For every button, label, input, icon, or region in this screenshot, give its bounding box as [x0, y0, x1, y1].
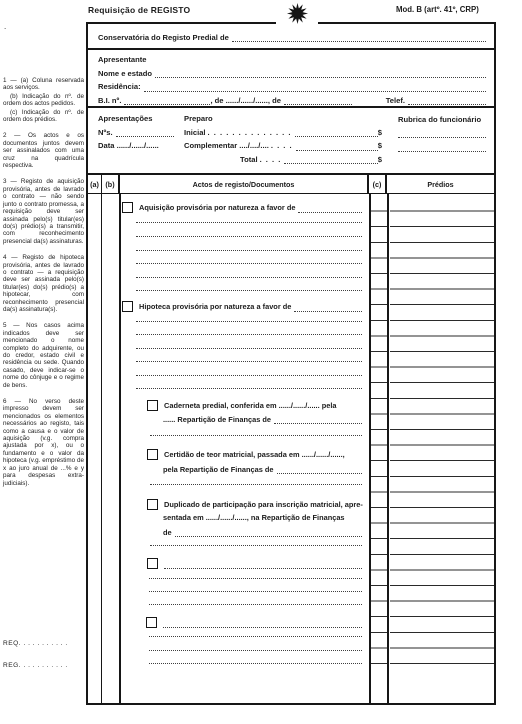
- hipoteca-blank[interactable]: [294, 302, 362, 312]
- page-title-prefix: Requisição de: [88, 5, 148, 15]
- note-1b: (b) Indicação do nº. de ordem dos actos …: [3, 93, 84, 108]
- dotted-blank[interactable]: [149, 591, 362, 592]
- dotted-blank[interactable]: [136, 263, 362, 264]
- caderneta-label-line1: Caderneta predial, conferida em ....../.…: [164, 401, 337, 410]
- dotted-blank[interactable]: [136, 334, 362, 335]
- telef-label: Telef.: [386, 96, 405, 105]
- inicial-amount-blank[interactable]: [295, 127, 378, 137]
- certidao-label-line2: pela Repartição de Finanças de: [163, 465, 274, 474]
- column-header-actos: Actos de registo/Documentos: [120, 175, 369, 193]
- checkbox-other-1[interactable]: [147, 558, 158, 569]
- note-6: 6 — No verso deste impresso devem ser me…: [3, 398, 84, 487]
- nome-estado-blank[interactable]: [155, 68, 486, 78]
- margin-notes: 1 — (a) Coluna reservada aos serviços. (…: [3, 77, 84, 488]
- complementar-currency: $: [378, 141, 382, 150]
- bi-issuer-blank[interactable]: [284, 95, 352, 105]
- model-reference: Mod. B (artº. 41º, CRP): [396, 5, 479, 14]
- checkbox-hipoteca[interactable]: [122, 301, 133, 312]
- rubrica-label: Rubrica do funcionário: [398, 115, 481, 124]
- note-4: 4 — Registo de hipoteca provisória, ante…: [3, 254, 84, 313]
- duplicado-label-line3: de: [163, 528, 172, 537]
- inicial-currency: $: [378, 128, 382, 137]
- note-1c: (c) Indicação do nº. de ordem dos prédio…: [3, 109, 84, 124]
- checkbox-duplicado[interactable]: [147, 499, 158, 510]
- page-title: Requisição de REGISTO: [88, 5, 190, 15]
- checkbox-aquisicao[interactable]: [122, 202, 133, 213]
- rubrica-block: Rubrica do funcionário: [398, 112, 486, 154]
- hipoteca-label: Hipoteca provisória por natureza a favor…: [139, 302, 291, 311]
- telef-blank[interactable]: [408, 95, 486, 105]
- dotted-blank[interactable]: [150, 484, 362, 485]
- registry-form-page: . Requisição de REGISTO Mod. B (artº. 41…: [0, 0, 522, 724]
- note-3: 3 — Registo de aquisição provisória, ant…: [3, 178, 84, 245]
- apresentante-section: Apresentante Nome e estado Residência: B…: [88, 50, 494, 108]
- duplicado-label-line1: Duplicado de participação para inscrição…: [164, 500, 363, 509]
- page-title-main: REGISTO: [151, 5, 191, 15]
- aquisicao-blank[interactable]: [298, 203, 362, 213]
- complementar-leaders: . . . .: [271, 141, 293, 150]
- caderneta-label-line2: ...... Repartição de Finanças de: [163, 415, 271, 424]
- dotted-blank[interactable]: [149, 663, 362, 664]
- certidao-blank[interactable]: [277, 464, 363, 474]
- bi-de-label: de: [272, 96, 281, 105]
- column-header-a: (a): [88, 175, 102, 193]
- dotted-blank[interactable]: [136, 388, 362, 389]
- note-5: 5 — Nos casos acima indicados deve ser m…: [3, 322, 84, 389]
- complementar-label: Complementar: [184, 141, 237, 150]
- dotted-blank[interactable]: [136, 375, 362, 376]
- duplicado-blank[interactable]: [175, 527, 362, 537]
- column-divider: [387, 194, 389, 703]
- preparo-block: Preparo Inicial . . . . . . . . . . . . …: [184, 112, 382, 166]
- apresentacoes-label: Apresentações: [98, 114, 152, 123]
- dotted-blank[interactable]: [149, 636, 362, 637]
- checkbox-certidao[interactable]: [147, 449, 158, 460]
- total-leaders: . . . .: [260, 155, 282, 164]
- column-header-b: (b): [102, 175, 120, 193]
- numeros-label: Nºs.: [98, 128, 113, 137]
- stray-mark: .: [4, 22, 6, 31]
- dotted-blank[interactable]: [136, 361, 362, 362]
- c-column-rule-lines: [371, 196, 387, 664]
- other-2-blank[interactable]: [163, 618, 362, 628]
- dotted-blank[interactable]: [149, 650, 362, 651]
- checkbox-caderneta[interactable]: [147, 400, 158, 411]
- note-1a: 1 — (a) Coluna reservada aos serviços.: [3, 77, 84, 92]
- bi-date-blank[interactable]: ....../....../......,: [226, 96, 270, 105]
- predios-column-rule-lines: [390, 196, 494, 664]
- table-body: Aquisição provisória por natureza a favo…: [88, 194, 494, 703]
- preparo-label: Preparo: [184, 114, 213, 123]
- bi-mid-label: , de: [210, 96, 223, 105]
- dotted-blank[interactable]: [149, 604, 362, 605]
- residencia-label: Residência:: [98, 82, 141, 91]
- apresentante-label: Apresentante: [98, 55, 147, 64]
- checkbox-other-2[interactable]: [146, 617, 157, 628]
- dotted-blank[interactable]: [150, 545, 362, 546]
- dotted-blank[interactable]: [136, 348, 362, 349]
- residencia-blank[interactable]: [144, 82, 486, 92]
- table-header: (a) (b) Actos de registo/Documentos (c) …: [88, 175, 494, 194]
- total-label: Total: [240, 155, 258, 164]
- dotted-blank[interactable]: [136, 222, 362, 223]
- numeros-blank[interactable]: [116, 127, 174, 137]
- note-2: 2 — Os actos e os documentos juntos deve…: [3, 132, 84, 169]
- rubrica-blank-2[interactable]: [398, 142, 486, 152]
- form-box: Conservatória do Registo Predial de Apre…: [86, 22, 496, 705]
- data-label: Data: [98, 141, 114, 150]
- dotted-blank[interactable]: [136, 321, 362, 322]
- total-amount-blank[interactable]: [284, 154, 377, 164]
- duplicado-label-line2: sentada em ....../....../......, na Repa…: [163, 513, 345, 522]
- preparo-section: Apresentações Nºs. Data ....../....../..…: [88, 108, 494, 175]
- dotted-blank[interactable]: [149, 578, 362, 579]
- data-blank[interactable]: ....../....../......: [117, 141, 159, 150]
- portugal-coat-of-arms-icon: [276, 0, 318, 27]
- actos-column: Aquisição provisória por natureza a favo…: [119, 194, 369, 703]
- column-divider: [101, 194, 102, 703]
- column-header-predios: Prédios: [387, 175, 494, 193]
- dotted-blank[interactable]: [150, 435, 362, 436]
- inicial-leaders: . . . . . . . . . . . . . .: [208, 128, 292, 137]
- rubrica-blank-1[interactable]: [398, 128, 486, 138]
- dotted-blank[interactable]: [136, 250, 362, 251]
- apresentacoes-block: Apresentações Nºs. Data ....../....../..…: [98, 112, 182, 153]
- bi-number-blank[interactable]: [124, 95, 210, 105]
- reg-reference: REG. . . . . . . . . . .: [3, 662, 68, 669]
- complementar-amount-blank[interactable]: [296, 141, 378, 151]
- caderneta-blank[interactable]: [274, 414, 362, 424]
- bi-label: B.I. nº.: [98, 96, 121, 105]
- complementar-date-blank[interactable]: ..../..../....: [239, 141, 269, 150]
- dotted-blank[interactable]: [136, 236, 362, 237]
- dotted-blank[interactable]: [136, 290, 362, 291]
- other-1-blank[interactable]: [164, 559, 362, 569]
- certidao-label-line1: Certidão de teor matricial, passada em .…: [164, 450, 345, 459]
- aquisicao-label: Aquisição provisória por natureza a favo…: [139, 203, 295, 212]
- column-header-c: (c): [369, 175, 387, 193]
- total-currency: $: [378, 155, 382, 164]
- nome-estado-label: Nome e estado: [98, 69, 152, 78]
- dotted-blank[interactable]: [136, 277, 362, 278]
- conservatoria-blank[interactable]: [232, 32, 486, 42]
- conservatoria-label: Conservatória do Registo Predial de: [98, 33, 229, 42]
- conservatoria-section: Conservatória do Registo Predial de: [88, 24, 494, 50]
- req-reference: REQ. . . . . . . . . . .: [3, 640, 68, 647]
- inicial-label: Inicial: [184, 128, 206, 137]
